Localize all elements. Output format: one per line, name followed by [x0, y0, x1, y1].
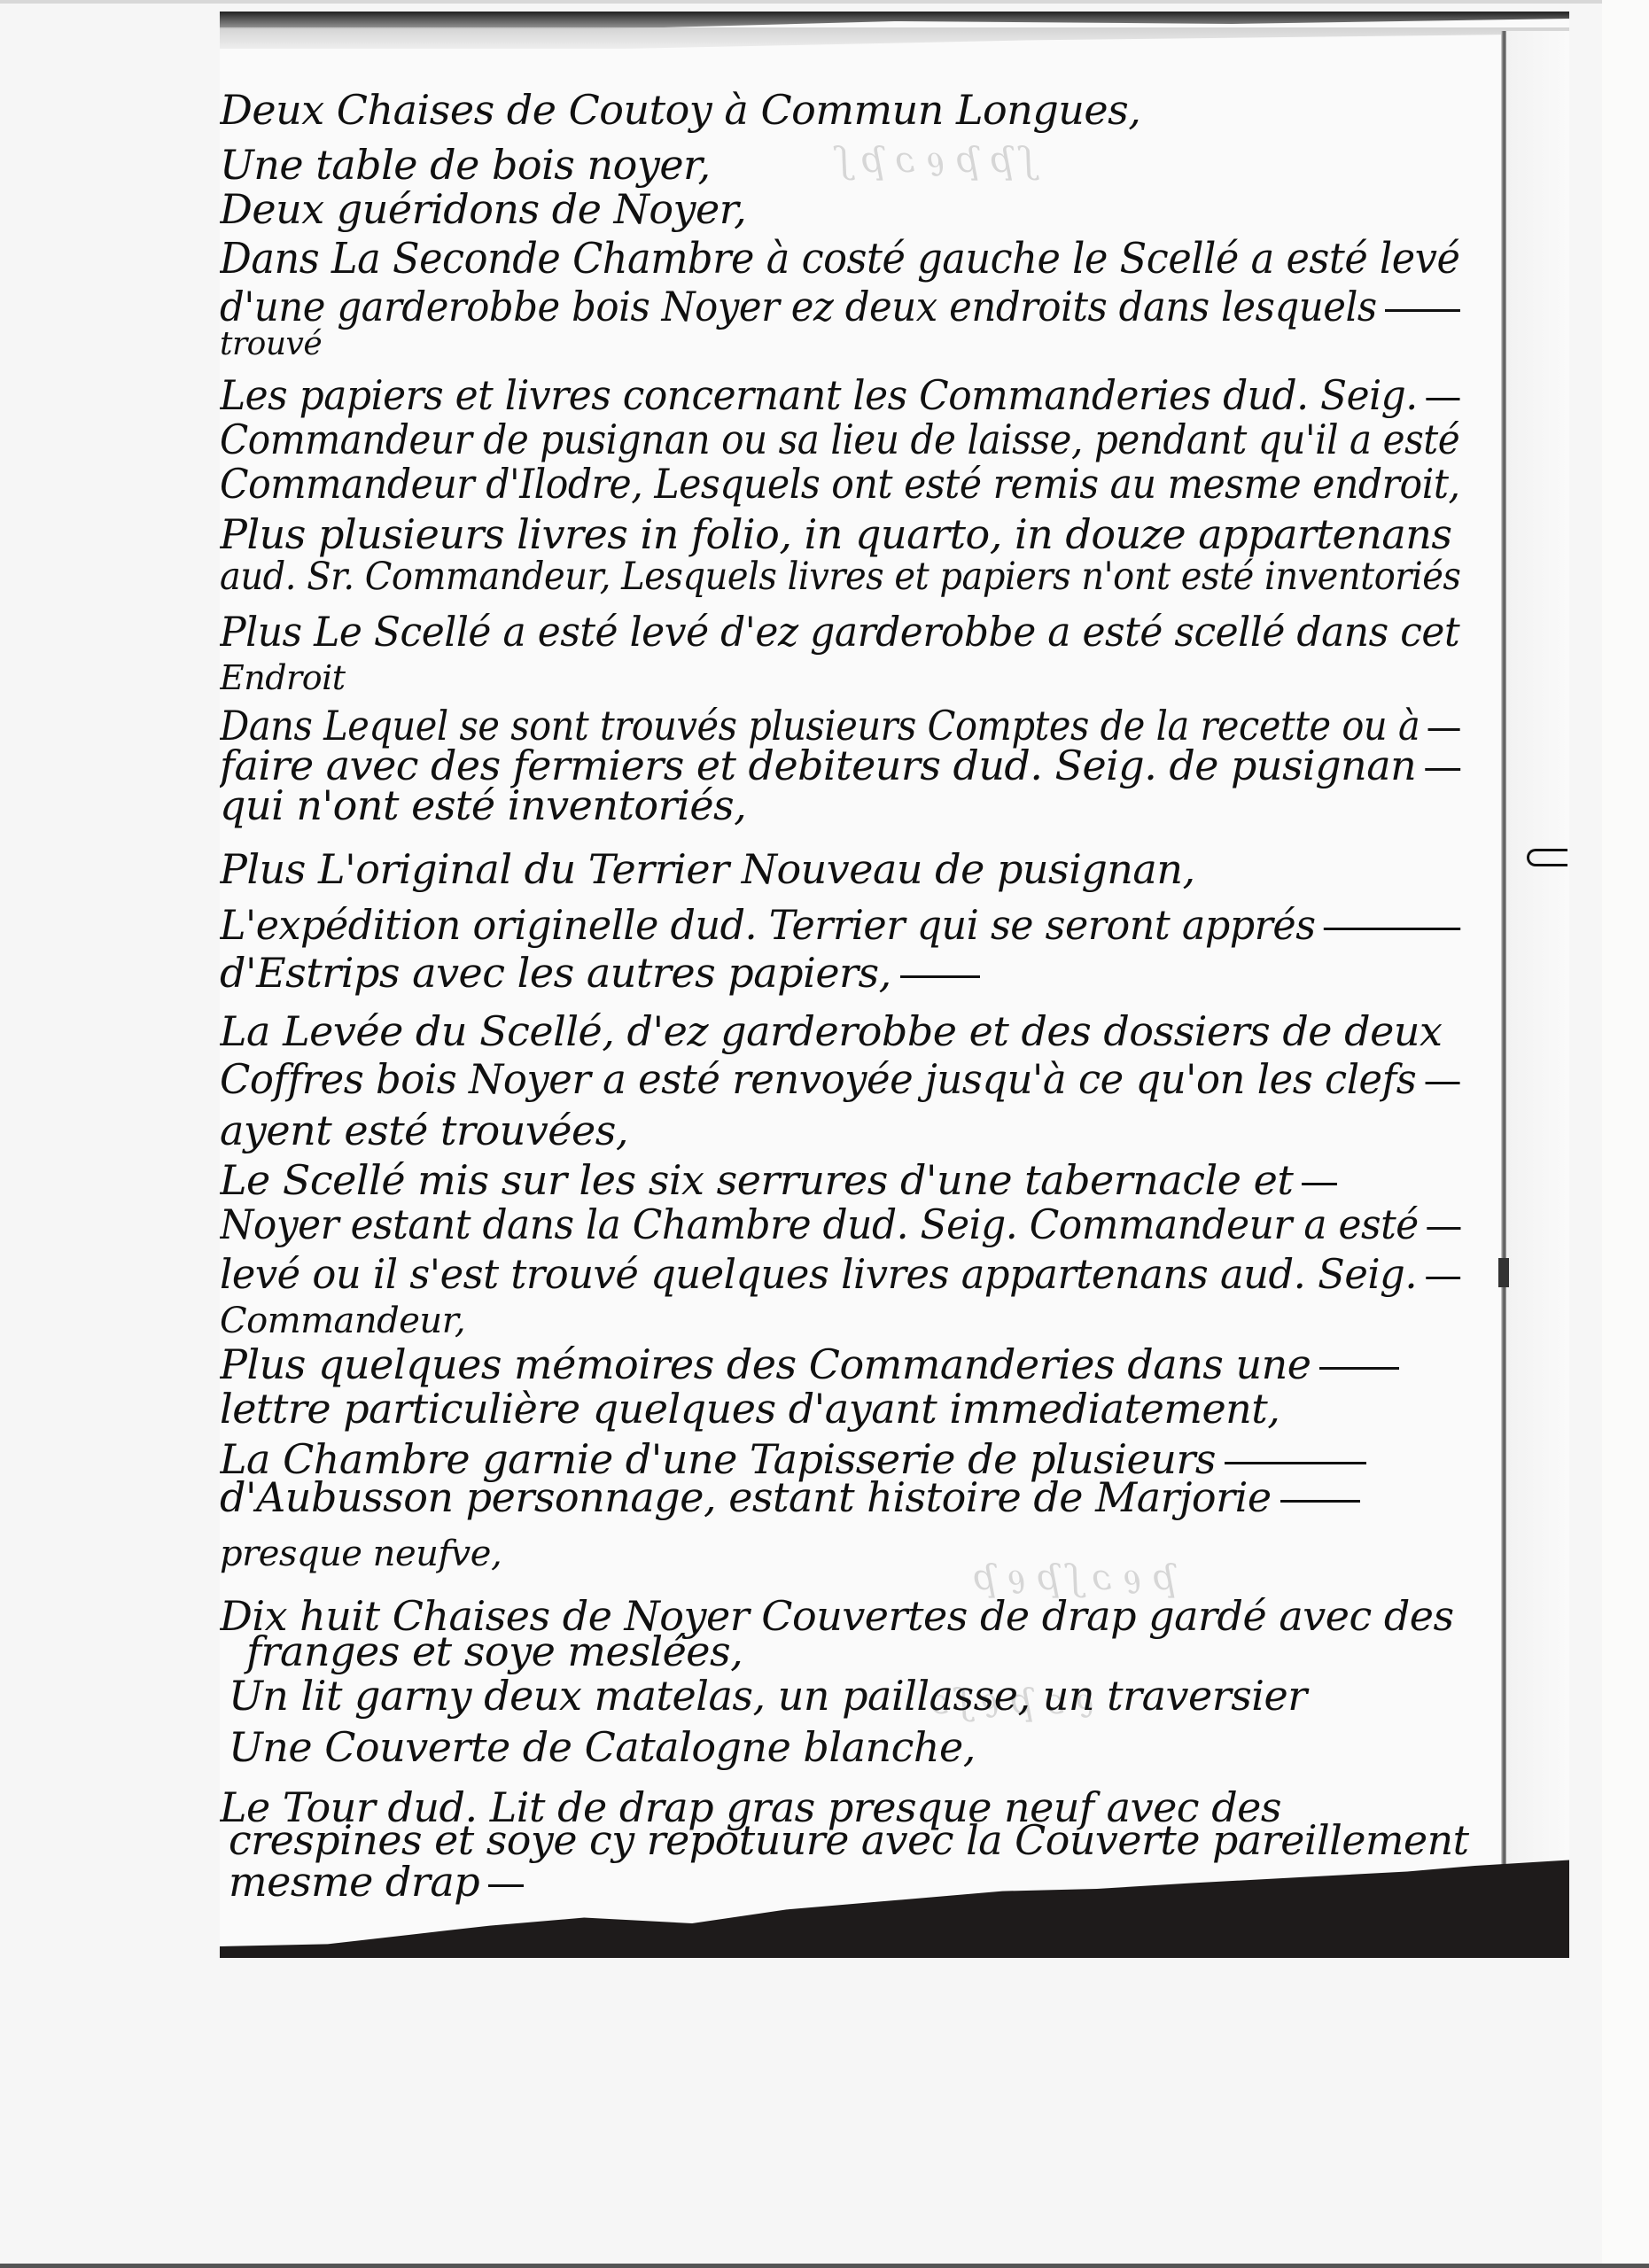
- manuscript-line: qui n'ont esté inventoriés,: [220, 785, 746, 826]
- manuscript-line: ayent esté trouvées,: [220, 1110, 628, 1151]
- manuscript-line: crespines et soye cy repotuure avec la C…: [229, 1820, 1469, 1860]
- manuscript-line: Plus quelques mémoires des Commanderies …: [220, 1344, 1399, 1385]
- manuscript-line: lettre particulière quelques d'ayant imm…: [220, 1388, 1280, 1429]
- manuscript-line: d'Aubusson personnage, estant histoire d…: [220, 1477, 1360, 1518]
- manuscript-line: Commandeur de pusignan ou sa lieu de lai…: [220, 419, 1459, 460]
- margin-bracket-mark: [1527, 849, 1567, 866]
- manuscript-line: trouvé: [220, 329, 322, 361]
- manuscript-line: Une Couverte de Catalogne blanche,: [229, 1727, 976, 1767]
- manuscript-line: Une table de bois noyer,: [220, 144, 711, 185]
- manuscript-line: aud. Sr. Commandeur, Lesquels livres et …: [220, 558, 1460, 596]
- manuscript-line: mesme drap: [229, 1861, 524, 1902]
- manuscript-line: d'Estrips avec les autres papiers,: [220, 952, 980, 993]
- binding-clip: [1498, 1258, 1509, 1287]
- scan-top-band: [220, 27, 1569, 49]
- manuscript-line: Plus L'original du Terrier Nouveau de pu…: [220, 849, 1195, 889]
- manuscript-line: Deux guéridons de Noyer,: [220, 189, 746, 229]
- manuscript-line: levé ou il s'est trouvé quelques livres …: [220, 1254, 1460, 1294]
- binding-fold-line: [1501, 31, 1506, 1891]
- page-right-margin: [1602, 0, 1649, 2268]
- facing-page-edge: [1506, 31, 1569, 1936]
- scanner-bottom-edge: [0, 2264, 1649, 2268]
- manuscript-line: Plus plusieurs livres in folio, in quart…: [220, 514, 1451, 555]
- manuscript-line: d'une garderobbe bois Noyer ez deux endr…: [220, 286, 1460, 327]
- manuscript-line: Noyer estant dans la Chambre dud. Seig. …: [220, 1204, 1460, 1245]
- manuscript-line: Les papiers et livres concernant les Com…: [220, 375, 1459, 416]
- manuscript-line: Deux Chaises de Coutoy à Commun Longues,: [220, 89, 1140, 130]
- manuscript-line: Coffres bois Noyer a esté renvoyée jusqu…: [220, 1059, 1459, 1099]
- manuscript-line: Endroit: [220, 661, 346, 695]
- manuscript-line: Commandeur,: [220, 1303, 465, 1339]
- manuscript-line: faire avec des fermiers et debiteurs dud…: [220, 745, 1460, 786]
- bleed-through-text: ʃ ɖ c ∂ ɖ ɖ ʃ: [840, 144, 1034, 185]
- manuscript-line: L'expédition originelle dud. Terrier qui…: [220, 905, 1461, 945]
- manuscript-line: presque neufve,: [220, 1536, 502, 1572]
- scanner-top-edge: [0, 0, 1649, 4]
- manuscript-line: Plus Le Scellé a esté levé d'ez garderob…: [220, 611, 1459, 652]
- manuscript-photocopy: ʃ ɖ c ∂ ɖ ɖ ʃ ɖ ∂ ɖ ʃ c ∂ ɖ c ʃ ∂ ɖ c ∂ …: [220, 12, 1569, 1958]
- manuscript-line: La Levée du Scellé, d'ez garderobbe et d…: [220, 1011, 1442, 1052]
- manuscript-line: Dans Lequel se sont trouvés plusieurs Co…: [220, 705, 1459, 746]
- manuscript-line: franges et soye meslées,: [246, 1631, 743, 1672]
- manuscript-line: Commandeur d'Ilodre, Lesquels ont esté r…: [220, 463, 1460, 504]
- manuscript-line: Un lit garny deux matelas, un paillasse,…: [229, 1675, 1307, 1716]
- scan-top-shadow: [220, 12, 1569, 29]
- manuscript-line: Dans La Seconde Chambre à costé gauche l…: [220, 237, 1459, 280]
- manuscript-line: Le Scellé mis sur les six serrures d'une…: [220, 1160, 1337, 1200]
